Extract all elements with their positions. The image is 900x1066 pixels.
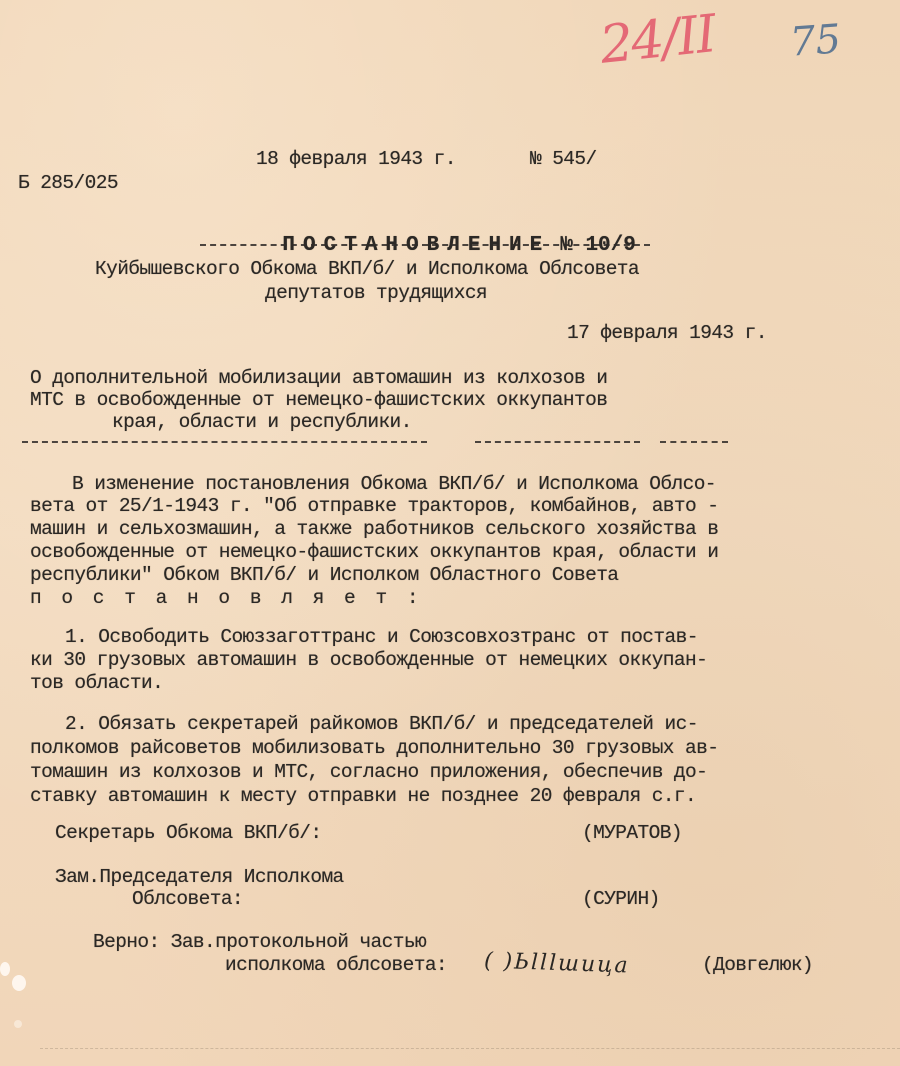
handwritten-signature: ( )Ьlllшица	[484, 948, 630, 978]
archive-reference: Б 285/025	[18, 172, 118, 194]
resolution-date: 17 февраля 1943 г.	[567, 322, 767, 344]
preamble-line-2: вета от 25/1-1943 г. "Об отправке тракто…	[30, 495, 718, 517]
issuer-line-1: Куйбышевского Обкома ВКП/б/ и Исполкома …	[95, 258, 639, 280]
red-handwritten-annotation: 24/II	[597, 4, 717, 76]
deputy-title-line-2: Облсовета:	[132, 888, 243, 910]
subject-line-2: МТС в освобожденные от немецко-фашистски…	[30, 389, 607, 411]
subject-line-3: края, области и республики.	[112, 411, 412, 433]
subject-underline-part-1	[22, 441, 427, 443]
item-1-line-2: ки 30 грузовых автомашин в освобожденные…	[30, 649, 707, 671]
subject-line-1: О дополнительной мобилизации автомашин и…	[30, 367, 607, 389]
subject-underline-part-2	[475, 441, 640, 443]
item-2-line-1: 2. Обязать секретарей райкомов ВКП/б/ и …	[65, 713, 698, 735]
item-1-line-3: тов области.	[30, 672, 163, 694]
preamble-line-4: освобожденные от немецко-фашистских окку…	[30, 541, 718, 563]
secretary-title: Секретарь Обкома ВКП/б/:	[55, 822, 321, 844]
blue-handwritten-annotation: 75	[788, 16, 842, 65]
item-1-line-1: 1. Освободить Союззаготтранс и Союзсовхо…	[65, 626, 698, 648]
certified-line-2: исполкома облсовета:	[225, 954, 447, 976]
issuer-line-2: депутатов трудящихся	[265, 282, 487, 304]
secretary-name: (МУРАТОВ)	[582, 822, 682, 844]
resolves-keyword: п о с т а н о в л я е т :	[30, 587, 423, 609]
paper-hole	[14, 1020, 22, 1028]
outgoing-date: 18 февраля 1943 г.	[256, 148, 456, 170]
archival-document-page: 24/II 75 18 февраля 1943 г. № 545/ Б 285…	[0, 0, 900, 1066]
faint-ruled-line	[40, 1048, 900, 1049]
title-underline	[200, 244, 650, 246]
preamble-line-5: республики" Обком ВКП/б/ и Исполком Обла…	[30, 564, 618, 586]
certified-line-1: Верно: Зав.протокольной частью	[93, 931, 426, 953]
paper-hole	[12, 975, 26, 991]
certified-name: (Довгелюк)	[702, 954, 813, 976]
deputy-title-line-1: Зам.Председателя Исполкома	[55, 866, 344, 888]
outgoing-number: № 545/	[530, 148, 597, 170]
item-2-line-3: томашин из колхозов и МТС, согласно прил…	[30, 761, 707, 783]
preamble-line-1: В изменение постановления Обкома ВКП/б/ …	[72, 473, 716, 495]
subject-underline-part-3	[660, 441, 728, 443]
deputy-name: (СУРИН)	[582, 888, 660, 910]
item-2-line-2: полкомов райсоветов мобилизовать дополни…	[30, 737, 718, 759]
preamble-line-3: машин и сельхозмашин, а также работников…	[30, 518, 718, 540]
paper-hole	[0, 962, 10, 976]
item-2-line-4: ставку автомашин к месту отправки не поз…	[30, 785, 696, 807]
